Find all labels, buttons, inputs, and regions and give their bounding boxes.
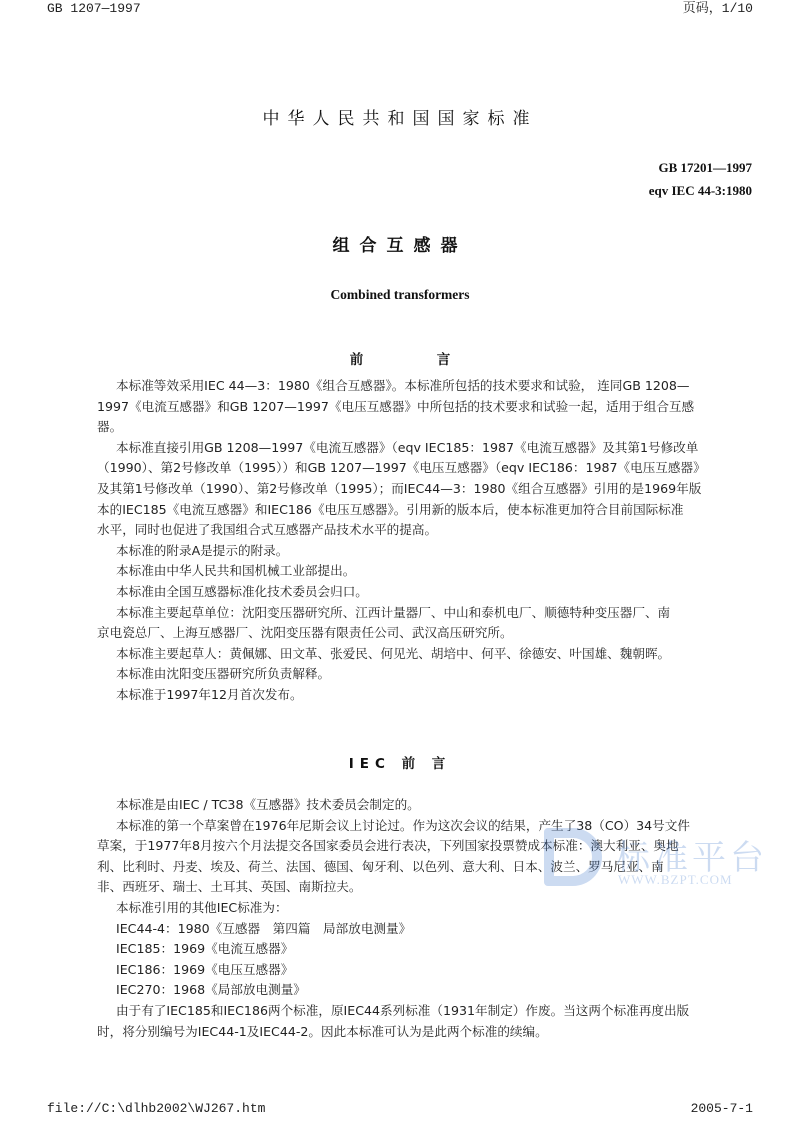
foreword-heading: 前 言 <box>0 348 800 368</box>
document-title-en: Combined transformers <box>0 287 800 303</box>
iec-foreword-line: 本标准是由IEC / TC38《互感器》技术委员会制定的。 <box>97 795 704 816</box>
foreword-line: 器。 <box>97 417 704 438</box>
foreword-line: 本标准直接引用GB 1208—1997《电流互感器》（eqv IEC185：19… <box>97 438 704 459</box>
foreword-line: 本标准等效采用IEC 44—3：1980《组合互感器》。本标准所包括的技术要求和… <box>97 376 704 397</box>
foreword-line: 及其第1号修改单（1990）、第2号修改单（1995）；而IEC44—3：198… <box>97 479 704 500</box>
page-header: GB 1207—1997 页码，1/10 <box>47 0 753 18</box>
iec-foreword-line: 由于有了IEC185和IEC186两个标准，原IEC44系列标准（1931年制定… <box>97 1001 704 1022</box>
foreword-line: 本的IEC185《电流互感器》和IEC186《电压互感器》。引用新的版本后，使本… <box>97 500 704 521</box>
header-document-id: GB 1207—1997 <box>47 0 141 18</box>
iec-foreword-line: IEC185：1969《电流互感器》 <box>97 939 704 960</box>
foreword-line: 本标准于1997年12月首次发布。 <box>97 685 704 706</box>
foreword-line: 水平，同时也促进了我国组合式互感器产品技术水平的提高。 <box>97 520 704 541</box>
footer-date: 2005-7-1 <box>691 1100 753 1118</box>
foreword-line: 1997《电流互感器》和GB 1207—1997《电压互感器》中所包括的技术要求… <box>97 397 704 418</box>
foreword-line: （1990）、第2号修改单（1995））和GB 1207—1997《电压互感器》… <box>97 458 704 479</box>
iec-foreword-line: IEC270：1968《局部放电测量》 <box>97 980 704 1001</box>
equivalent-standard: eqv IEC 44-3:1980 <box>649 183 752 199</box>
iec-foreword-body: 本标准是由IEC / TC38《互感器》技术委员会制定的。 本标准的第一个草案曾… <box>97 795 704 1042</box>
standard-number: GB 17201—1997 <box>658 160 752 176</box>
foreword-line: 京电瓷总厂、上海互感器厂、沈阳变压器有限责任公司、武汉高压研究所。 <box>97 623 704 644</box>
foreword-line: 本标准的附录A是提示的附录。 <box>97 541 704 562</box>
iec-foreword-line: 草案，于1977年8月按六个月法提交各国家委员会进行表决，下列国家投票赞成本标准… <box>97 836 704 857</box>
foreword-line: 本标准由中华人民共和国机械工业部提出。 <box>97 561 704 582</box>
foreword-line: 本标准由全国互感器标准化技术委员会归口。 <box>97 582 704 603</box>
foreword-body: 本标准等效采用IEC 44—3：1980《组合互感器》。本标准所包括的技术要求和… <box>97 376 704 706</box>
page-footer: file://C:\dlhb2002\WJ267.htm 2005-7-1 <box>47 1100 753 1118</box>
header-page-number: 页码，1/10 <box>683 0 753 18</box>
iec-foreword-line: IEC44-4：1980《互感器 第四篇 局部放电测量》 <box>97 919 704 940</box>
iec-foreword-line: 时，将分别编号为IEC44-1及IEC44-2。因此本标准可认为是此两个标准的续… <box>97 1022 704 1043</box>
foreword-line: 本标准主要起草单位：沈阳变压器研究所、江西计量器厂、中山和泰机电厂、顺德特种变压… <box>97 603 704 624</box>
document-title-cn: 组合互感器 <box>0 231 800 256</box>
iec-foreword-line: 非、西班牙、瑞士、土耳其、英国、南斯拉夫。 <box>97 877 704 898</box>
iec-foreword-line: 本标准的第一个草案曾在1976年尼斯会议上讨论过。作为这次会议的结果，产生了38… <box>97 816 704 837</box>
foreword-line: 本标准由沈阳变压器研究所负责解释。 <box>97 664 704 685</box>
national-standard-heading: 中华人民共和国国家标准 <box>0 104 800 129</box>
iec-foreword-line: 本标准引用的其他IEC标准为： <box>97 898 704 919</box>
foreword-line: 本标准主要起草人：黄佩娜、田文革、张爱民、何见光、胡培中、何平、徐德安、叶国雄、… <box>97 644 704 665</box>
iec-foreword-line: 利、比利时、丹麦、埃及、荷兰、法国、德国、匈牙利、以色列、意大利、日本、波兰、罗… <box>97 857 704 878</box>
iec-foreword-line: IEC186：1969《电压互感器》 <box>97 960 704 981</box>
footer-file-path: file://C:\dlhb2002\WJ267.htm <box>47 1100 265 1118</box>
iec-foreword-heading: IEC 前 言 <box>0 752 800 772</box>
